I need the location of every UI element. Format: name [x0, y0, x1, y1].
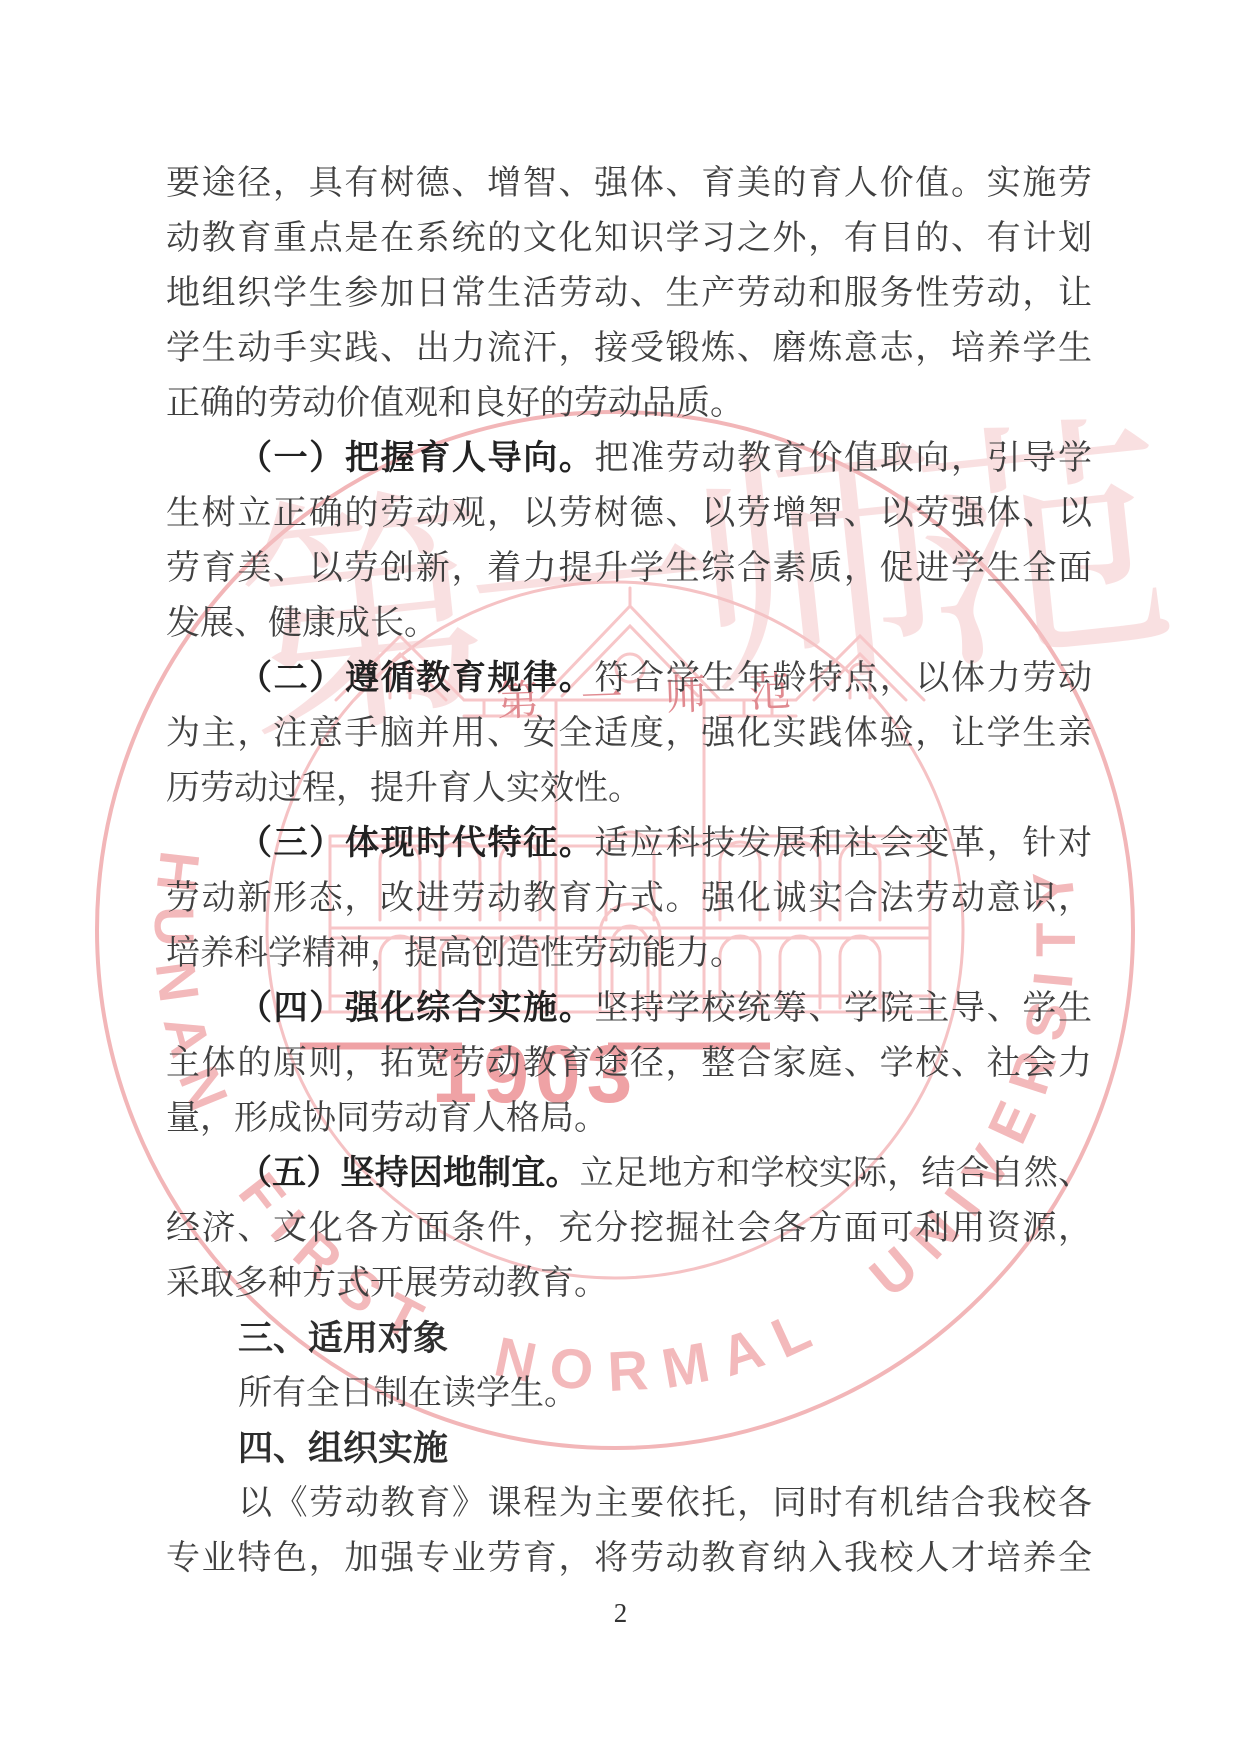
text-run: 为主，注意手脑并用、安全适度，强化实践体验，让学生亲: [166, 715, 1092, 752]
text-line: 所有全日制在读学生。: [166, 1366, 1092, 1421]
text-run: 量，形成协同劳动育人格局。: [166, 1100, 608, 1137]
bold-run: （四）强化综合实施。: [238, 990, 595, 1027]
text-line: 经济、文化各方面条件，充分挖掘社会各方面可利用资源，: [166, 1201, 1092, 1256]
text-line: （二）遵循教育规律。符合学生年龄特点，以体力劳动: [166, 651, 1092, 706]
text-line: 地组织学生参加日常生活劳动、生产劳动和服务性劳动，让: [166, 266, 1092, 321]
text-line: （一）把握育人导向。把准劳动教育价值取向，引导学: [166, 431, 1092, 486]
text-run: 专业特色，加强专业劳育，将劳动教育纳入我校人才培养全: [166, 1540, 1092, 1577]
text-line: （五）坚持因地制宜。立足地方和学校实际，结合自然、: [166, 1146, 1092, 1201]
text-run: 坚持学校统筹、学院主导、学生: [595, 990, 1092, 1027]
text-run: 四、组织实施: [238, 1429, 448, 1468]
text-line: 培养科学精神，提高创造性劳动能力。: [166, 926, 1092, 981]
text-run: 符合学生年龄特点，以体力劳动: [595, 660, 1092, 697]
text-line: （四）强化综合实施。坚持学校统筹、学院主导、学生: [166, 981, 1092, 1036]
text-run: 劳动新形态，改进劳动教育方式。强化诚实合法劳动意识，: [166, 880, 1092, 917]
text-line: 劳动新形态，改进劳动教育方式。强化诚实合法劳动意识，: [166, 871, 1092, 926]
text-run: 动教育重点是在系统的文化知识学习之外，有目的、有计划: [166, 220, 1092, 257]
text-run: 适应科技发展和社会变革，针对: [595, 825, 1092, 862]
text-run: 把准劳动教育价值取向，引导学: [595, 440, 1092, 477]
text-line: 发展、健康成长。: [166, 596, 1092, 651]
text-line: 劳育美、以劳创新，着力提升学生综合素质，促进学生全面: [166, 541, 1092, 596]
text-line: 要途径，具有树德、增智、强体、育美的育人价值。实施劳: [166, 156, 1092, 211]
text-line: 量，形成协同劳动育人格局。: [166, 1091, 1092, 1146]
text-line: 以《劳动教育》课程为主要依托，同时有机结合我校各: [166, 1476, 1092, 1531]
document-body: 要途径，具有树德、增智、强体、育美的育人价值。实施劳 动教育重点是在系统的文化知…: [166, 156, 1092, 1586]
bold-run: （三）体现时代特征。: [238, 825, 595, 862]
text-run: 地组织学生参加日常生活劳动、生产劳动和服务性劳动，让: [166, 275, 1092, 312]
text-line: 专业特色，加强专业劳育，将劳动教育纳入我校人才培养全: [166, 1531, 1092, 1586]
text-run: 历劳动过程，提升育人实效性。: [166, 770, 642, 807]
text-run: 要途径，具有树德、增智、强体、育美的育人价值。实施劳: [166, 165, 1092, 202]
text-line: 学生动手实践、出力流汗，接受锻炼、磨炼意志，培养学生: [166, 321, 1092, 376]
text-run: 以《劳动教育》课程为主要依托，同时有机结合我校各: [238, 1485, 1092, 1522]
text-line: 动教育重点是在系统的文化知识学习之外，有目的、有计划: [166, 211, 1092, 266]
text-run: 生树立正确的劳动观，以劳树德、以劳增智、以劳强体、以: [166, 495, 1092, 532]
text-run: 立足地方和学校实际，结合自然、: [580, 1155, 1092, 1192]
text-line: 主体的原则，拓宽劳动教育途径，整合家庭、学校、社会力: [166, 1036, 1092, 1091]
text-run: 经济、文化各方面条件，充分挖掘社会各方面可利用资源，: [166, 1210, 1092, 1247]
text-line: 生树立正确的劳动观，以劳树德、以劳增智、以劳强体、以: [166, 486, 1092, 541]
text-run: 所有全日制在读学生。: [238, 1375, 578, 1412]
text-line: 为主，注意手脑并用、安全适度，强化实践体验，让学生亲: [166, 706, 1092, 761]
bold-run: （一）把握育人导向。: [238, 440, 595, 477]
text-line: 历劳动过程，提升育人实效性。: [166, 761, 1092, 816]
text-run: 正确的劳动价值观和良好的劳动品质。: [166, 385, 744, 422]
text-run: 发展、健康成长。: [166, 605, 438, 642]
text-run: 培养科学精神，提高创造性劳动能力。: [166, 935, 744, 972]
text-line: 采取多种方式开展劳动教育。: [166, 1256, 1092, 1311]
section-heading: 四、组织实施: [166, 1421, 1092, 1476]
text-run: 采取多种方式开展劳动教育。: [166, 1265, 608, 1302]
text-run: 三、适用对象: [238, 1319, 448, 1358]
text-run: 学生动手实践、出力流汗，接受锻炼、磨炼意志，培养学生: [166, 330, 1092, 367]
text-run: 主体的原则，拓宽劳动教育途径，整合家庭、学校、社会力: [166, 1045, 1092, 1082]
bold-run: （五）坚持因地制宜。: [238, 1155, 580, 1192]
text-line: 正确的劳动价值观和良好的劳动品质。: [166, 376, 1092, 431]
text-line: （三）体现时代特征。适应科技发展和社会变革，针对: [166, 816, 1092, 871]
page-number: 2: [0, 1598, 1241, 1629]
bold-run: （二）遵循教育规律。: [238, 660, 595, 697]
text-run: 劳育美、以劳创新，着力提升学生综合素质，促进学生全面: [166, 550, 1092, 587]
section-heading: 三、适用对象: [166, 1311, 1092, 1366]
document-page: 第一师范: [0, 0, 1241, 1755]
